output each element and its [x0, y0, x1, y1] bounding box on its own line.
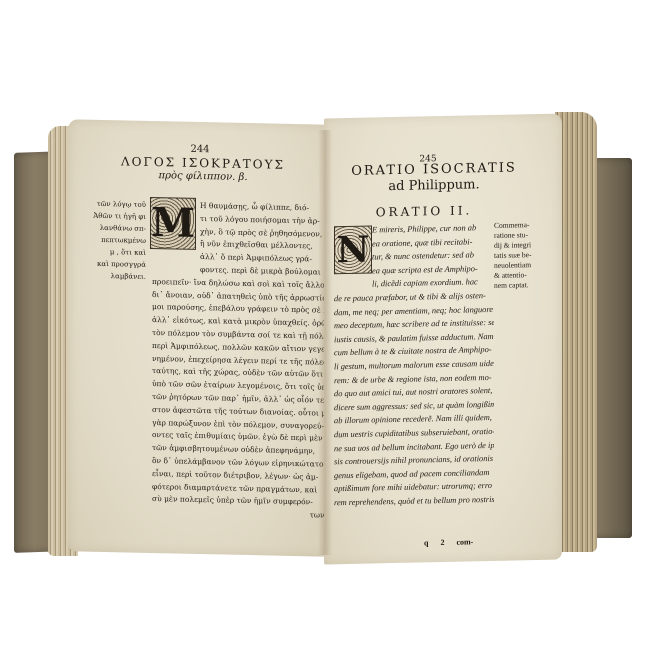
right-cover [592, 158, 632, 538]
page-subtitle: ad Philippum. [334, 176, 534, 195]
decorated-initial: M [150, 197, 196, 250]
left-page: 244 ΛΟΓΟΣ ΙΣΟΚΡΑΤΟΥΣ πρὸς φίλιππον. β. τ… [68, 119, 330, 556]
right-page: 245 ORATIO ISOCRATIS ad Philippum. ORATI… [324, 114, 562, 565]
margin-note: τῶν λόγῳ τοῦ Ἀθῶν τι ἡγῆ φι λανθάνω σπ- … [76, 197, 146, 282]
section-heading: ORATIO II. [334, 203, 514, 221]
margin-note: Commema- ratione stu- dij & integri tati… [494, 220, 554, 291]
catchword: com- [456, 537, 473, 546]
decorated-initial: N [334, 225, 372, 274]
signature-mark: q 2 com- [424, 537, 504, 548]
page-number: 244 [160, 143, 240, 156]
book-photo: 244 ΛΟΓΟΣ ΙΣΟΚΡΑΤΟΥΣ πρὸς φίλιππον. β. τ… [0, 0, 650, 650]
book-gutter [318, 130, 332, 555]
